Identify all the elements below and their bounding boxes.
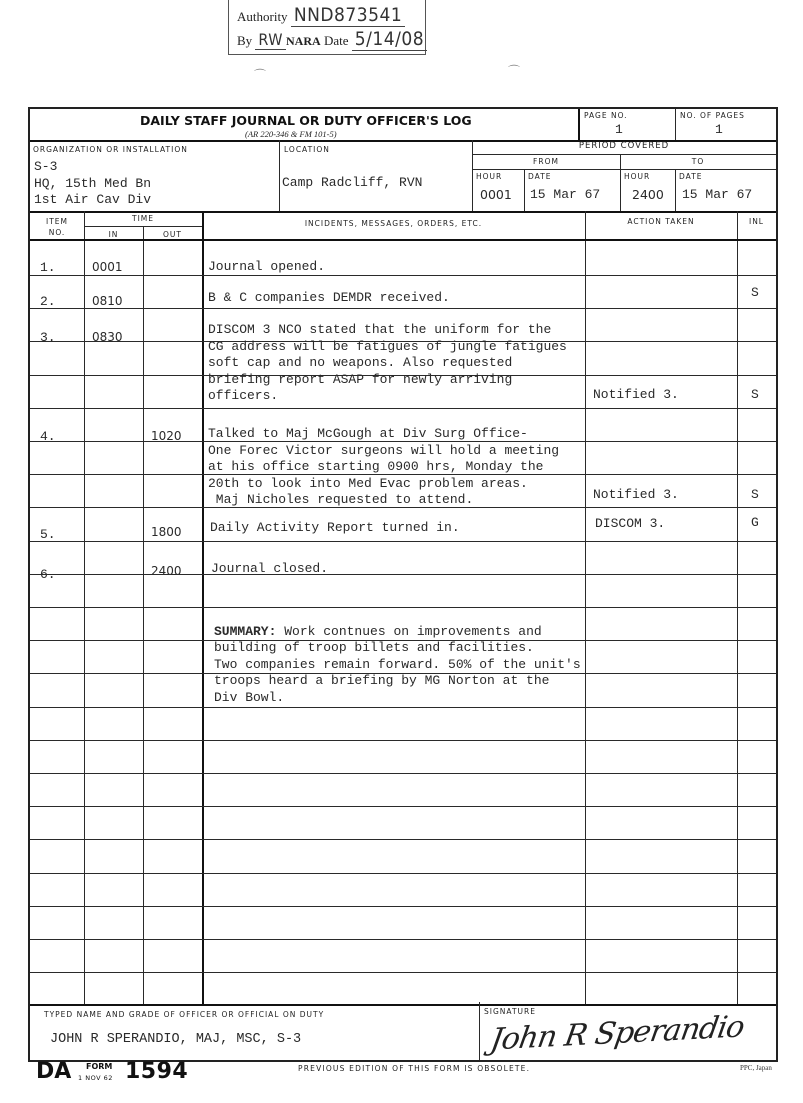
form-edition-date: 1 NOV 62 <box>78 1074 113 1082</box>
entry-item-no: 5. <box>40 527 56 542</box>
entry-time-in: 0810 <box>92 294 123 308</box>
entry-time-out: 1800 <box>151 525 182 539</box>
time-in-header: IN <box>84 230 143 239</box>
time-header: TIME <box>84 214 202 223</box>
entry-text: DISCOM 3 NCO stated that the uniform for… <box>208 322 567 405</box>
item-no-header: ITEM NO. <box>30 216 84 238</box>
entry-text: B & C companies DEMDR received. <box>208 290 450 307</box>
authority-value: NND873541 <box>291 4 405 27</box>
summary-first-line: SUMMARY: Work contnues on improvements a… <box>214 624 542 641</box>
time-out-header: OUT <box>143 230 202 239</box>
incidents-header: INCIDENTS, MESSAGES, ORDERS, ETC. <box>202 219 585 228</box>
item-header-bottom: NO. <box>49 228 66 237</box>
row-divider <box>30 308 776 309</box>
officer-block: TYPED NAME AND GRADE OF OFFICER OR OFFIC… <box>28 1002 778 1062</box>
action-taken-header: ACTION TAKEN <box>585 217 737 226</box>
summary-text: building of troop billets and facilities… <box>214 640 581 706</box>
authority-label: Authority <box>237 9 288 24</box>
from-hour-label: HOUR <box>476 172 502 181</box>
organization-line-3: 1st Air Cav Div <box>34 192 151 207</box>
row-divider <box>30 574 776 575</box>
from-date-label: DATE <box>528 172 552 181</box>
by-line: By RWNARA Date 5/14/08 <box>237 28 427 50</box>
form-title: DAILY STAFF JOURNAL OR DUTY OFFICER'S LO… <box>140 113 472 128</box>
row-divider <box>30 607 776 608</box>
to-date-label: DATE <box>679 172 703 181</box>
summary-text-first: Work contnues on improvements and <box>276 624 541 639</box>
entry-item-no: 3. <box>40 330 56 345</box>
location-value: Camp Radcliff, RVN <box>282 175 422 190</box>
journal-form: DAILY STAFF JOURNAL OR DUTY OFFICER'S LO… <box>28 107 778 1004</box>
inl-header: INL <box>737 217 776 226</box>
row-divider <box>30 806 776 807</box>
entry-time-out: 1020 <box>151 429 182 443</box>
row-divider <box>30 839 776 840</box>
to-hour-label: HOUR <box>624 172 650 181</box>
entry-item-no: 4. <box>40 429 56 444</box>
entry-action: Notified 3. <box>593 387 679 402</box>
to-hour-value: 2400 <box>632 187 664 202</box>
from-label: FROM <box>472 157 620 166</box>
obsolete-notice: PREVIOUS EDITION OF THIS FORM IS OBSOLET… <box>298 1064 530 1073</box>
page-no-value: 1 <box>615 122 623 137</box>
punch-mark: ⌒ <box>508 62 520 79</box>
row-divider <box>30 773 776 774</box>
entry-text: Journal closed. <box>211 561 328 578</box>
form-word: FORM <box>86 1062 112 1071</box>
item-header-top: ITEM <box>46 217 68 226</box>
entry-item-no: 1. <box>40 260 56 275</box>
summary-label: SUMMARY: <box>214 624 276 639</box>
location-label: LOCATION <box>284 145 330 154</box>
officer-name: JOHN R SPERANDIO, MAJ, MSC, S-3 <box>50 1032 301 1047</box>
signature-label: SIGNATURE <box>484 1007 536 1016</box>
stamp-date-value: 5/14/08 <box>352 28 427 51</box>
entry-inl: S <box>751 487 759 502</box>
entry-item-no: 2. <box>40 294 56 309</box>
entry-inl: S <box>751 387 759 402</box>
row-divider <box>30 906 776 907</box>
to-label: TO <box>620 157 776 166</box>
organization-line-1: S-3 <box>34 159 57 174</box>
form-da-label: DA <box>36 1059 71 1084</box>
punch-mark: ⌒ <box>254 66 266 83</box>
entry-item-no: 6. <box>40 567 56 582</box>
page-no-label: PAGE NO. <box>584 111 628 120</box>
officer-label: TYPED NAME AND GRADE OF OFFICER OR OFFIC… <box>44 1010 324 1019</box>
organization-label: ORGANIZATION OR INSTALLATION <box>33 145 188 154</box>
printer-credit: PPC, Japan <box>740 1064 772 1072</box>
no-of-pages-value: 1 <box>715 122 723 137</box>
from-hour-value: 0001 <box>480 187 512 202</box>
entry-time-in: 0001 <box>92 260 123 274</box>
from-date-value: 15 Mar 67 <box>530 187 600 202</box>
authority-line: Authority NND873541 <box>237 4 405 26</box>
entry-action: Notified 3. <box>593 487 679 502</box>
organization-line-2: HQ, 15th Med Bn <box>34 176 151 191</box>
entry-text: Talked to Maj McGough at Div Surg Office… <box>208 426 559 509</box>
date-label: Date <box>324 33 349 48</box>
to-date-value: 15 Mar 67 <box>682 187 752 202</box>
entry-inl: S <box>751 285 759 300</box>
by-label: By <box>237 33 252 48</box>
entry-text: Journal opened. <box>208 259 325 276</box>
row-divider <box>30 408 776 409</box>
no-of-pages-label: NO. OF PAGES <box>680 111 745 120</box>
form-number: 1594 <box>125 1059 188 1084</box>
by-initials: RW <box>255 30 286 50</box>
row-divider <box>30 873 776 874</box>
row-divider <box>30 541 776 542</box>
entry-action: DISCOM 3. <box>595 516 665 531</box>
form-subtitle: (AR 220-346 & FM 101-5) <box>245 129 337 139</box>
entry-time-in: 0830 <box>92 330 123 344</box>
entry-text: Daily Activity Report turned in. <box>210 520 460 537</box>
entry-time-out: 2400 <box>151 564 182 578</box>
officer-signature: John R Sperandio <box>488 1009 746 1057</box>
column-divider <box>143 226 144 1004</box>
entry-inl: G <box>751 515 759 530</box>
row-divider <box>30 939 776 940</box>
row-divider <box>30 275 776 276</box>
row-divider <box>30 707 776 708</box>
row-divider <box>30 740 776 741</box>
declassification-stamp: Authority NND873541 By RWNARA Date 5/14/… <box>228 0 426 55</box>
row-divider <box>30 972 776 973</box>
period-covered-label: PERIOD COVERED <box>472 141 776 151</box>
agency-label: NARA <box>286 34 321 48</box>
